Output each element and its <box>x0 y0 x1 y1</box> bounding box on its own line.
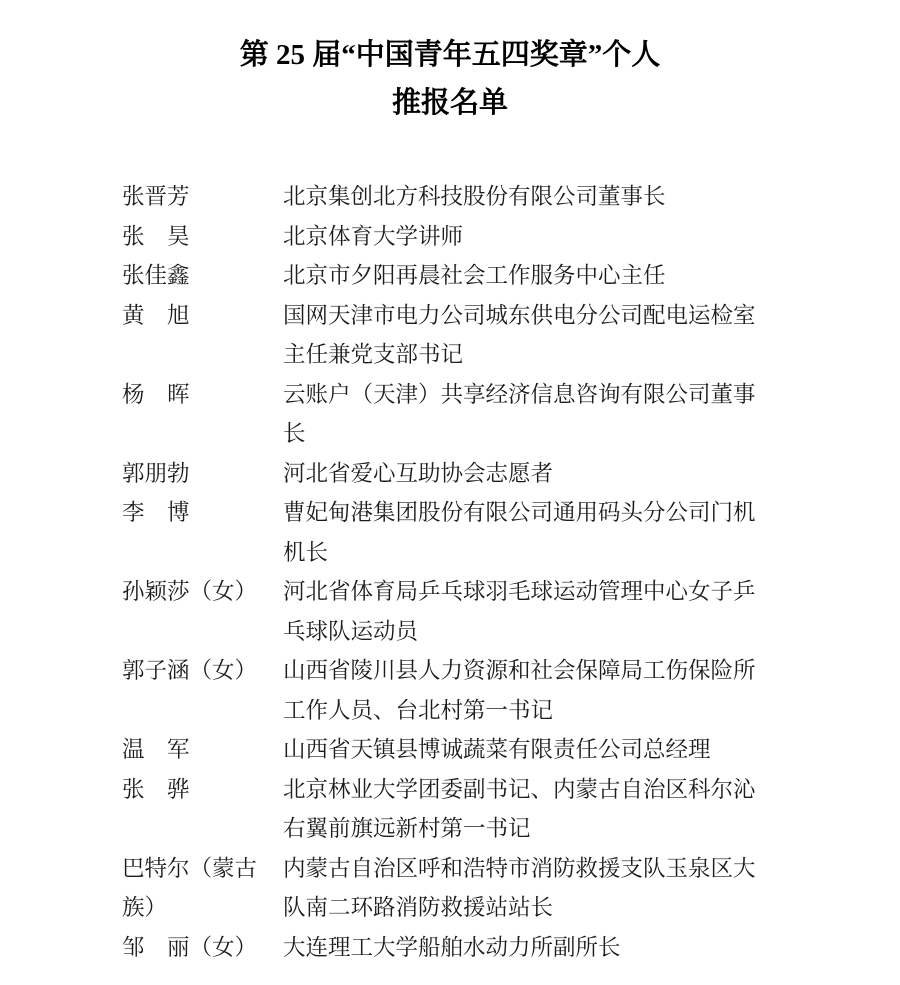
list-item: 邹 丽（女） 大连理工大学船舶水动力所副所长 <box>122 928 900 968</box>
recipient-position: 北京林业大学团委副书记、内蒙古自治区科尔沁右翼前旗远新村第一书记 <box>283 770 783 849</box>
list-item: 张 昊 北京体育大学讲师 <box>122 217 900 257</box>
recipient-position-line: 河北省爱心互助协会志愿者 <box>283 454 783 494</box>
list-item: 张 骅 北京林业大学团委副书记、内蒙古自治区科尔沁右翼前旗远新村第一书记 <box>122 770 900 849</box>
recipient-position-line: 工作人员、台北村第一书记 <box>283 691 783 731</box>
recipient-position-line: 山西省陵川县人力资源和社会保障局工伤保险所 <box>283 651 783 691</box>
recipient-position-line: 北京市夕阳再晨社会工作服务中心主任 <box>283 256 783 296</box>
recipient-position-line: 北京集创北方科技股份有限公司董事长 <box>283 177 783 217</box>
recipient-name-line: 郭朋勃 <box>122 454 283 494</box>
recipient-name-line: 巴特尔（蒙古 <box>122 849 283 889</box>
document-page: 第 25 届“中国青年五四奖章”个人 推报名单 张晋芳 北京集创北方科技股份有限… <box>0 0 900 985</box>
list-item: 巴特尔（蒙古族） 内蒙古自治区呼和浩特市消防救援支队玉泉区大队南二环路消防救援站… <box>122 849 900 928</box>
recipient-position-line: 云账户（天津）共享经济信息咨询有限公司董事 <box>283 375 783 415</box>
recipient-position-line: 北京体育大学讲师 <box>283 217 783 257</box>
recipient-position-line: 山西省天镇县博诚蔬菜有限责任公司总经理 <box>283 730 783 770</box>
recipient-position-line: 内蒙古自治区呼和浩特市消防救援支队玉泉区大 <box>283 849 783 889</box>
recipient-name-line: 张 昊 <box>122 217 283 257</box>
recipient-position: 北京体育大学讲师 <box>283 217 783 257</box>
recipient-position: 国网天津市电力公司城东供电分公司配电运检室主任兼党支部书记 <box>283 296 783 375</box>
recipient-position-line: 乓球队运动员 <box>283 612 783 652</box>
recipient-name: 张 昊 <box>122 217 283 257</box>
recipient-name: 孙颖莎（女） <box>122 572 283 612</box>
recipient-name-line: 张 骅 <box>122 770 283 810</box>
recipient-name-line: 邹 丽（女） <box>122 928 283 968</box>
list-item: 李 博 曹妃甸港集团股份有限公司通用码头分公司门机机长 <box>122 493 900 572</box>
recipient-position-line: 大连理工大学船舶水动力所副所长 <box>283 928 783 968</box>
recipient-name-line: 杨 晖 <box>122 375 283 415</box>
title-line-1: 第 25 届“中国青年五四奖章”个人 <box>0 31 900 79</box>
recipient-name: 张晋芳 <box>122 177 283 217</box>
list-item: 温 军 山西省天镇县博诚蔬菜有限责任公司总经理 <box>122 730 900 770</box>
recipient-position: 山西省陵川县人力资源和社会保障局工伤保险所工作人员、台北村第一书记 <box>283 651 783 730</box>
recipient-name-line: 张晋芳 <box>122 177 283 217</box>
list-item: 杨 晖 云账户（天津）共享经济信息咨询有限公司董事长 <box>122 375 900 454</box>
recipient-name-line: 孙颖莎（女） <box>122 572 283 612</box>
recipient-position-line: 主任兼党支部书记 <box>283 335 783 375</box>
recipient-name-line: 李 博 <box>122 493 283 533</box>
recipient-position-line: 队南二环路消防救援站站长 <box>283 888 783 928</box>
recipient-name-line: 张佳鑫 <box>122 256 283 296</box>
document-title: 第 25 届“中国青年五四奖章”个人 推报名单 <box>0 0 900 127</box>
recipient-name: 黄 旭 <box>122 296 283 336</box>
list-item: 张佳鑫 北京市夕阳再晨社会工作服务中心主任 <box>122 256 900 296</box>
recipient-name: 温 军 <box>122 730 283 770</box>
list-item: 郭朋勃 河北省爱心互助协会志愿者 <box>122 454 900 494</box>
list-item: 孙颖莎（女） 河北省体育局乒乓球羽毛球运动管理中心女子乒乓球队运动员 <box>122 572 900 651</box>
recipient-position-line: 北京林业大学团委副书记、内蒙古自治区科尔沁 <box>283 770 783 810</box>
recipient-name-line: 温 军 <box>122 730 283 770</box>
recipient-name: 杨 晖 <box>122 375 283 415</box>
recipient-name: 郭子涵（女） <box>122 651 283 691</box>
recipient-name-line: 黄 旭 <box>122 296 283 336</box>
recipient-name-line: 郭子涵（女） <box>122 651 283 691</box>
recipient-name: 巴特尔（蒙古族） <box>122 849 283 928</box>
recipient-position: 北京市夕阳再晨社会工作服务中心主任 <box>283 256 783 296</box>
list-item: 黄 旭 国网天津市电力公司城东供电分公司配电运检室主任兼党支部书记 <box>122 296 900 375</box>
recipient-position-line: 国网天津市电力公司城东供电分公司配电运检室 <box>283 296 783 336</box>
recipient-position: 大连理工大学船舶水动力所副所长 <box>283 928 783 968</box>
recipient-position-line: 曹妃甸港集团股份有限公司通用码头分公司门机 <box>283 493 783 533</box>
recipient-name-line: 族） <box>122 888 283 928</box>
recipient-position: 云账户（天津）共享经济信息咨询有限公司董事长 <box>283 375 783 454</box>
recipient-name: 李 博 <box>122 493 283 533</box>
list-item: 张晋芳 北京集创北方科技股份有限公司董事长 <box>122 177 900 217</box>
recipient-position: 曹妃甸港集团股份有限公司通用码头分公司门机机长 <box>283 493 783 572</box>
nominee-list: 张晋芳 北京集创北方科技股份有限公司董事长 张 昊 北京体育大学讲师 张佳鑫 北… <box>0 177 900 967</box>
recipient-position-line: 右翼前旗远新村第一书记 <box>283 809 783 849</box>
recipient-position-line: 机长 <box>283 533 783 573</box>
recipient-name: 张佳鑫 <box>122 256 283 296</box>
recipient-name: 郭朋勃 <box>122 454 283 494</box>
recipient-position: 河北省爱心互助协会志愿者 <box>283 454 783 494</box>
recipient-name: 邹 丽（女） <box>122 928 283 968</box>
recipient-position: 山西省天镇县博诚蔬菜有限责任公司总经理 <box>283 730 783 770</box>
recipient-position: 内蒙古自治区呼和浩特市消防救援支队玉泉区大队南二环路消防救援站站长 <box>283 849 783 928</box>
list-item: 郭子涵（女） 山西省陵川县人力资源和社会保障局工伤保险所工作人员、台北村第一书记 <box>122 651 900 730</box>
recipient-name: 张 骅 <box>122 770 283 810</box>
recipient-position: 河北省体育局乒乓球羽毛球运动管理中心女子乒乓球队运动员 <box>283 572 783 651</box>
recipient-position: 北京集创北方科技股份有限公司董事长 <box>283 177 783 217</box>
recipient-position-line: 长 <box>283 414 783 454</box>
title-line-2: 推报名单 <box>0 79 900 127</box>
recipient-position-line: 河北省体育局乒乓球羽毛球运动管理中心女子乒 <box>283 572 783 612</box>
